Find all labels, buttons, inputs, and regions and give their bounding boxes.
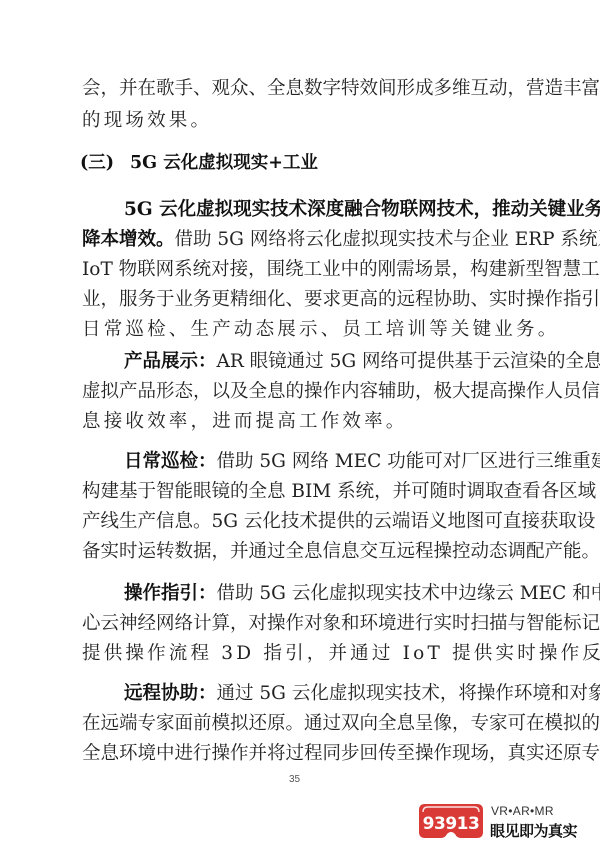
logo-tagline-bottom: 眼见即为真实 [490, 820, 577, 841]
label-daily-inspection: 日常巡检： [124, 451, 217, 472]
label-remote-assist: 远程协助： [124, 683, 217, 704]
watermark-logo: 93913 VR•AR•MR 眼见即为真实 [417, 802, 597, 844]
paragraph-1-lead: 5G 云化虚拟现实技术深度融合物联网技术，推动关键业务 [124, 197, 516, 223]
paragraph-product-display-first: 产品展示：AR 眼镜通过 5G 网络可提供基于云渲染的全息 [124, 349, 516, 375]
section-heading: (三)5G 云化虚拟现实+工业 [80, 150, 318, 176]
intro-line-1: 会，并在歌手、观众、全息数字特效间形成多维互动，营造丰富 [82, 76, 516, 102]
paragraph-remote-assist-line-3: 全息环境中进行操作并将过程同步回传至操作现场，真实还原专 [82, 741, 516, 767]
paragraph-daily-inspection-line-3: 产线生产信息。5G 云化技术提供的云端语义地图可直接获取设 [82, 509, 516, 535]
page-number: 35 [289, 774, 300, 785]
paragraph-product-display-line-2: 虚拟产品形态，以及全息的操作内容辅助，极大提高操作人员信 [82, 379, 516, 405]
paragraph-operation-guide-line-3: 提供操作流程 3D 指引，并通过 IoT 提供实时操作反馈。 [82, 641, 516, 667]
paragraph-daily-inspection-line-4: 备实时运转数据，并通过全息信息交互远程操控动态调配产能。 [82, 539, 516, 565]
paragraph-daily-inspection-first-text: 借助 5G 网络 MEC 功能可对厂区进行三维重建， [217, 451, 600, 472]
paragraph-operation-guide-first: 操作指引：借助 5G 云化虚拟现实技术中边缘云 MEC 和中 [124, 581, 516, 607]
paragraph-1-line-2: 降本增效。借助 5G 网络将云化虚拟现实技术与企业 ERP 系统及 [82, 227, 516, 253]
paragraph-remote-assist-first-text: 通过 5G 云化虚拟现实技术，将操作环境和对象 [217, 683, 600, 704]
label-product-display: 产品展示： [124, 351, 217, 372]
paragraph-operation-guide-first-text: 借助 5G 云化虚拟现实技术中边缘云 MEC 和中 [217, 583, 600, 604]
paragraph-1-lead-end: 降本增效。 [82, 229, 175, 250]
vr-headset-logo-icon: 93913 [417, 802, 485, 842]
document-page: 会，并在歌手、观众、全息数字特效间形成多维互动，营造丰富 的现场效果。 (三)5… [0, 0, 600, 848]
paragraph-1-line-5: 日常巡检、生产动态展示、员工培训等关键业务。 [82, 317, 516, 343]
label-operation-guide: 操作指引： [124, 583, 217, 604]
paragraph-1-line-4: 业，服务于业务更精细化、要求更高的远程协助、实时操作指引、 [82, 287, 516, 313]
paragraph-remote-assist-line-2: 在远端专家面前模拟还原。通过双向全息呈像，专家可在模拟的 [82, 711, 516, 737]
logo-tagline-top: VR•AR•MR [491, 804, 554, 818]
paragraph-operation-guide-line-2: 心云神经网络计算，对操作对象和环境进行实时扫描与智能标记， [82, 611, 516, 637]
section-title: 5G 云化虚拟现实+工业 [130, 153, 318, 173]
paragraph-product-display-line-3: 息接收效率，进而提高工作效率。 [82, 409, 516, 435]
paragraph-1-line-3: IoT 物联网系统对接，围绕工业中的刚需场景，构建新型智慧工 [82, 257, 516, 283]
paragraph-remote-assist-first: 远程协助：通过 5G 云化虚拟现实技术，将操作环境和对象 [124, 681, 516, 707]
logo-badge-text: 93913 [423, 814, 480, 834]
intro-line-2: 的现场效果。 [82, 108, 516, 134]
section-number: (三) [80, 150, 130, 176]
paragraph-1-line-2-text: 借助 5G 网络将云化虚拟现实技术与企业 ERP 系统及 [175, 229, 600, 250]
paragraph-product-display-first-text: AR 眼镜通过 5G 网络可提供基于云渲染的全息 [217, 351, 600, 372]
paragraph-daily-inspection-line-2: 构建基于智能眼镜的全息 BIM 系统，并可随时调取查看各区域 [82, 479, 516, 505]
paragraph-daily-inspection-first: 日常巡检：借助 5G 网络 MEC 功能可对厂区进行三维重建， [124, 449, 516, 475]
